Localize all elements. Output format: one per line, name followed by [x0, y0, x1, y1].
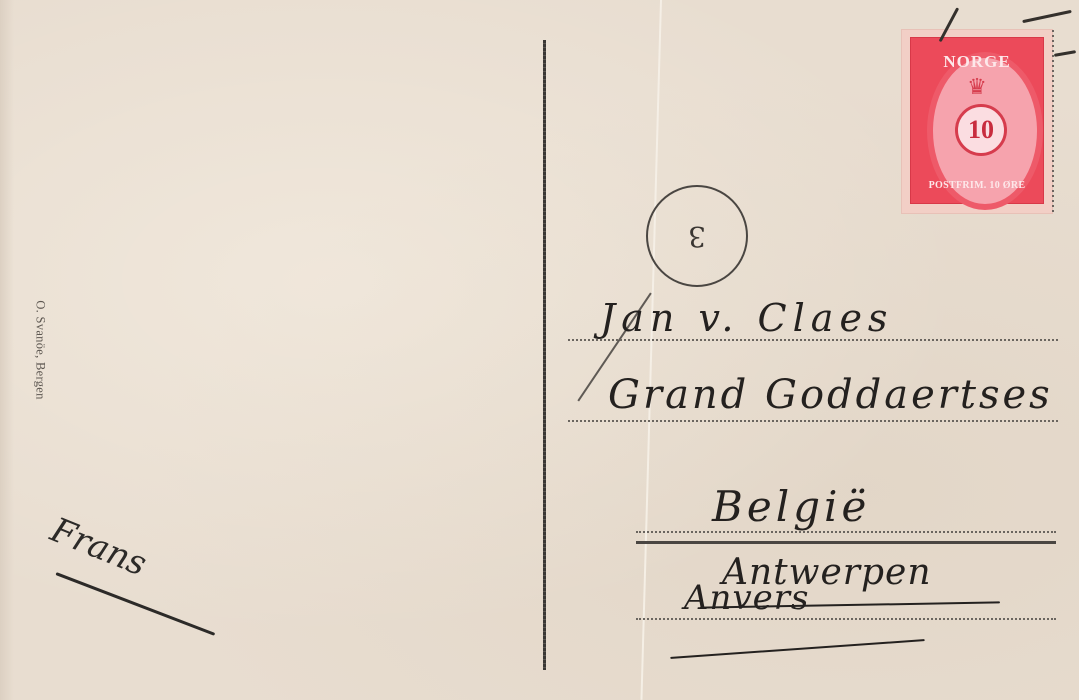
- paper-crease: [640, 0, 662, 700]
- postage-stamp: NORGE ♛ 10 POSTFRIM. 10 ØRE: [902, 30, 1052, 213]
- stamp-country: NORGE: [911, 52, 1043, 72]
- publisher-imprint: O. Svanöe, Bergen: [33, 300, 48, 399]
- postmark-number: 3: [688, 220, 706, 253]
- address-rule-1: [568, 339, 1058, 341]
- address-rule-3: [636, 531, 1056, 533]
- center-divider-line: [543, 40, 546, 670]
- cancel-mark: [1054, 50, 1076, 57]
- stamp-frame: NORGE ♛ 10 POSTFRIM. 10 ØRE: [910, 37, 1044, 204]
- postcard-back: O. Svanöe, Bergen Frans NORGE ♛ 10 POSTF…: [0, 0, 1079, 700]
- address-rule-2: [568, 420, 1058, 422]
- crown-icon: ♛: [911, 74, 1043, 100]
- cancel-mark: [1022, 10, 1072, 23]
- address-line-3: België: [712, 482, 870, 531]
- address-line-4-struck: Anvers: [684, 578, 809, 618]
- stamp-value: 10: [955, 104, 1007, 156]
- stamp-caption: POSTFRIM. 10 ØRE: [911, 180, 1043, 191]
- address-rule-4: [636, 618, 1056, 620]
- postmark-circle: 3: [646, 185, 748, 287]
- stamp-perforation: [1052, 30, 1054, 213]
- paper-edge: [0, 0, 14, 700]
- underline-mark: [670, 639, 925, 659]
- address-line-1: Jan v. Claes: [600, 296, 893, 340]
- address-line-2: Grand Goddaertses: [608, 372, 1053, 418]
- address-rule-double: [636, 541, 1056, 544]
